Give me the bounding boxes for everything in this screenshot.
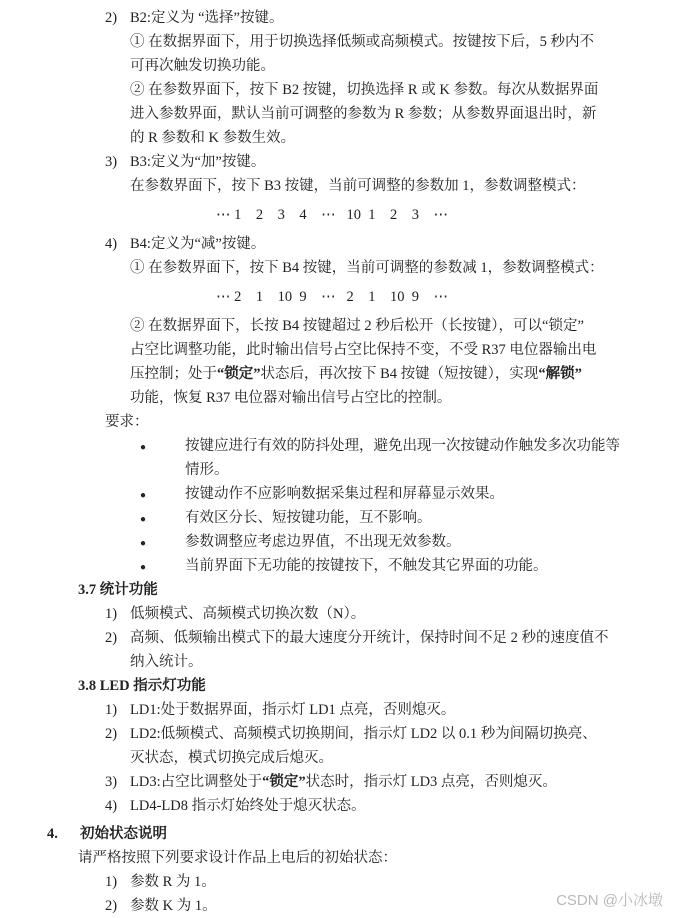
- doc-line: ●当前界面下无功能的按键按下，不触发其它界面的功能。: [0, 554, 677, 578]
- doc-text: 有效区分长、短按键功能，互不影响。: [185, 510, 432, 526]
- doc-text: ⋯ 1 2 3 4 ⋯ 10 1 2 3 ⋯: [216, 207, 448, 223]
- doc-text: ① 在参数界面下，按下 B4 按键，当前可调整的参数减 1，参数调整模式：: [130, 260, 604, 276]
- doc-line: 4)LD4-LD8 指示灯始终处于熄灭状态。: [0, 794, 677, 818]
- doc-line: ●按键动作不应影响数据采集过程和屏幕显示效果。: [0, 482, 677, 506]
- list-marker: 3): [105, 770, 130, 794]
- doc-line: 2)B2:定义为 “选择”按键。: [0, 6, 677, 30]
- list-marker: 1): [105, 870, 130, 894]
- doc-line: 可再次触发切换功能。: [0, 54, 677, 78]
- doc-text: LD2:低频模式、高频模式切换期间，指示灯 LD2 以 0.1 秒为间隔切换亮、: [130, 726, 597, 742]
- watermark: CSDN @小冰墩: [556, 889, 663, 910]
- doc-line: 请严格按照下列要求设计作品上电后的初始状态：: [0, 846, 677, 870]
- bullet-icon: ●: [140, 436, 185, 460]
- doc-text: ② 在参数界面下，按下 B2 按键，切换选择 R 或 K 参数。每次从数据界面: [130, 82, 598, 98]
- doc-line: 在参数界面下，按下 B3 按键，当前可调整的参数加 1，参数调整模式：: [0, 174, 677, 198]
- doc-text: 按键动作不应影响数据采集过程和屏幕显示效果。: [185, 486, 504, 502]
- doc-line: ② 在数据界面下，长按 B4 按键超过 2 秒后松开（长按键），可以“锁定”: [0, 314, 677, 338]
- doc-text: 压控制；处于: [130, 366, 217, 382]
- doc-line: 灭状态，模式切换完成后熄灭。: [0, 746, 677, 770]
- doc-text: B2:定义为 “选择”按键。: [130, 10, 283, 26]
- doc-line: 要求：: [0, 410, 677, 434]
- doc-line: 2)LD2:低频模式、高频模式切换期间，指示灯 LD2 以 0.1 秒为间隔切换…: [0, 722, 677, 746]
- doc-line: 4.初始状态说明: [0, 822, 677, 846]
- doc-text: “锁定”: [262, 774, 306, 790]
- doc-text: ① 在数据界面下，用于切换选择低频或高频模式。按键按下后，5 秒内不: [130, 34, 594, 50]
- doc-text: 状态时，指示灯 LD3 点亮，否则熄灭。: [306, 774, 557, 790]
- doc-text: 3.7 统计功能: [78, 582, 158, 598]
- doc-text: 的 R 参数和 K 参数生效。: [130, 130, 295, 146]
- list-marker: 4): [105, 232, 130, 256]
- doc-text: 3.8 LED 指示灯功能: [78, 678, 206, 694]
- doc-line: 1)低频模式、高频模式切换次数（N）。: [0, 602, 677, 626]
- doc-text: 初始状态说明: [80, 826, 167, 842]
- list-marker: 3): [105, 150, 130, 174]
- doc-line: 压控制；处于“锁定”状态后，再次按下 B4 按键（短按键），实现“解锁”: [0, 362, 677, 386]
- doc-text: ⋯ 2 1 10 9 ⋯ 2 1 10 9 ⋯: [216, 289, 448, 305]
- doc-text: LD3:占空比调整处于: [130, 774, 262, 790]
- doc-line: 2)高频、低频输出模式下的最大速度分开统计，保持时间不足 2 秒的速度值不: [0, 626, 677, 650]
- list-marker: 2): [105, 626, 130, 650]
- list-marker: 1): [105, 602, 130, 626]
- doc-text: 按键应进行有效的防抖处理，避免出现一次按键动作触发多次功能等: [185, 438, 620, 454]
- doc-line: ⋯ 1 2 3 4 ⋯ 10 1 2 3 ⋯: [0, 203, 677, 227]
- list-marker: 1): [105, 698, 130, 722]
- doc-text: 参数调整应考虑边界值，不出现无效参数。: [185, 534, 461, 550]
- doc-text: 请严格按照下列要求设计作品上电后的初始状态：: [78, 850, 397, 866]
- doc-line: ② 在参数界面下，按下 B2 按键，切换选择 R 或 K 参数。每次从数据界面: [0, 78, 677, 102]
- doc-text: 可再次触发切换功能。: [130, 58, 275, 74]
- bullet-icon: ●: [140, 508, 185, 532]
- doc-text: 要求：: [105, 414, 149, 430]
- doc-text: LD4-LD8 指示灯始终处于熄灭状态。: [130, 798, 366, 814]
- doc-text: 占空比调整功能，此时输出信号占空比保持不变，不受 R37 电位器输出电: [130, 342, 596, 358]
- doc-line: 占空比调整功能，此时输出信号占空比保持不变，不受 R37 电位器输出电: [0, 338, 677, 362]
- doc-line: 3)LD3:占空比调整处于“锁定”状态时，指示灯 LD3 点亮，否则熄灭。: [0, 770, 677, 794]
- doc-line: ●参数调整应考虑边界值，不出现无效参数。: [0, 530, 677, 554]
- bullet-icon: ●: [140, 532, 185, 556]
- doc-line: ① 在参数界面下，按下 B4 按键，当前可调整的参数减 1，参数调整模式：: [0, 256, 677, 280]
- list-marker: 2): [105, 722, 130, 746]
- doc-text: 进入参数界面，默认当前可调整的参数为 R 参数；从参数界面退出时，新: [130, 106, 596, 122]
- list-marker: 4.: [47, 822, 80, 846]
- doc-text: 情形。: [185, 462, 229, 478]
- bullet-icon: ●: [140, 556, 185, 580]
- doc-line: 的 R 参数和 K 参数生效。: [0, 126, 677, 150]
- doc-line: 3.7 统计功能: [0, 578, 677, 602]
- doc-text: 灭状态，模式切换完成后熄灭。: [130, 750, 333, 766]
- doc-line: 3.8 LED 指示灯功能: [0, 674, 677, 698]
- doc-text: 低频模式、高频模式切换次数（N）。: [130, 606, 365, 622]
- doc-text: ② 在数据界面下，长按 B4 按键超过 2 秒后松开（长按键），可以“锁定”: [130, 318, 584, 334]
- doc-line: 4)B4:定义为“减”按键。: [0, 232, 677, 256]
- doc-text: 参数 K 为 1。: [130, 898, 217, 914]
- doc-text: 纳入统计。: [130, 654, 203, 670]
- doc-line: 3)B3:定义为“加”按键。: [0, 150, 677, 174]
- doc-line: 纳入统计。: [0, 650, 677, 674]
- doc-text: B3:定义为“加”按键。: [130, 154, 265, 170]
- doc-text: 参数 R 为 1。: [130, 874, 216, 890]
- doc-text: 当前界面下无功能的按键按下，不触发其它界面的功能。: [185, 558, 548, 574]
- doc-text: 功能，恢复 R37 电位器对输出信号占空比的控制。: [130, 390, 451, 406]
- doc-line: 功能，恢复 R37 电位器对输出信号占空比的控制。: [0, 386, 677, 410]
- doc-line: ●按键应进行有效的防抖处理，避免出现一次按键动作触发多次功能等: [0, 434, 677, 458]
- document-page: 2)B2:定义为 “选择”按键。① 在数据界面下，用于切换选择低频或高频模式。按…: [0, 0, 677, 918]
- doc-text: B4:定义为“减”按键。: [130, 236, 265, 252]
- doc-line: 1)LD1:处于数据界面，指示灯 LD1 点亮，否则熄灭。: [0, 698, 677, 722]
- doc-line: 进入参数界面，默认当前可调整的参数为 R 参数；从参数界面退出时，新: [0, 102, 677, 126]
- list-marker: 4): [105, 794, 130, 818]
- doc-text: 在参数界面下，按下 B3 按键，当前可调整的参数加 1，参数调整模式：: [130, 178, 586, 194]
- doc-text: “锁定”: [217, 366, 261, 382]
- list-marker: 2): [105, 894, 130, 918]
- doc-text: LD1:处于数据界面，指示灯 LD1 点亮，否则熄灭。: [130, 702, 455, 718]
- bullet-icon: ●: [140, 484, 185, 508]
- doc-text: “解锁”: [538, 366, 582, 382]
- doc-text: 状态后，再次按下 B4 按键（短按键），实现: [261, 366, 539, 382]
- doc-line: ⋯ 2 1 10 9 ⋯ 2 1 10 9 ⋯: [0, 285, 677, 309]
- doc-line: 情形。: [0, 458, 677, 482]
- doc-line: ① 在数据界面下，用于切换选择低频或高频模式。按键按下后，5 秒内不: [0, 30, 677, 54]
- list-marker: 2): [105, 6, 130, 30]
- doc-text: 高频、低频输出模式下的最大速度分开统计，保持时间不足 2 秒的速度值不: [130, 630, 609, 646]
- doc-line: ●有效区分长、短按键功能，互不影响。: [0, 506, 677, 530]
